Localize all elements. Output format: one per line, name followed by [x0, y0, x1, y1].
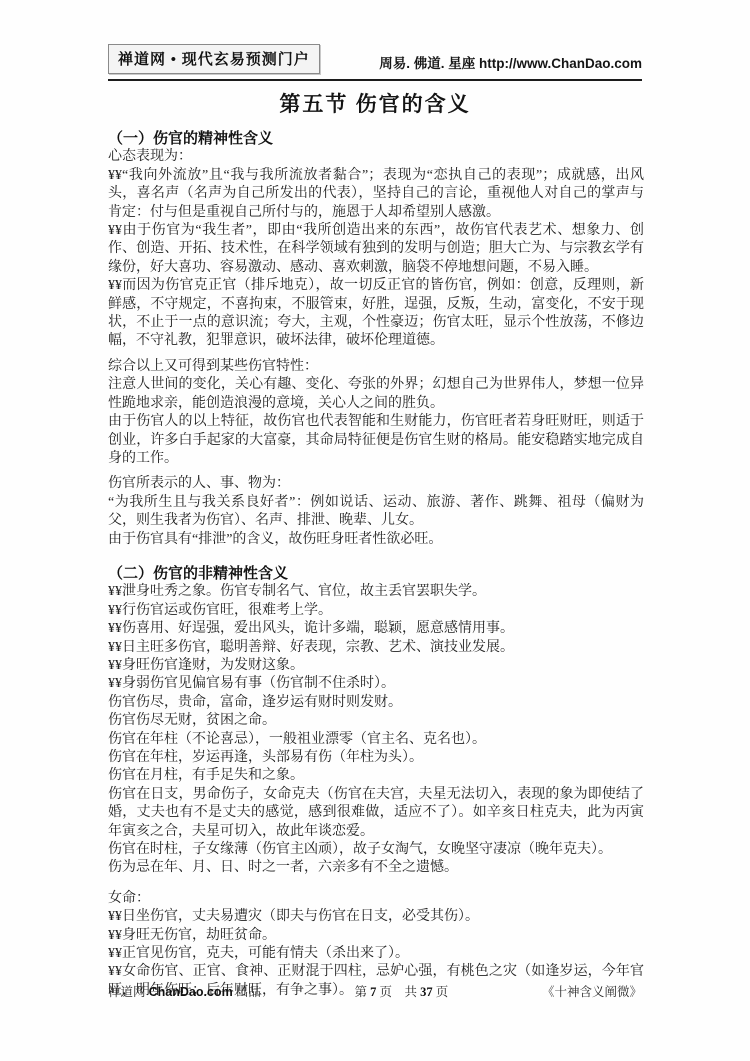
paragraph: 伤官伤尽，贵命，富命，逢岁运有财时则发财。 — [108, 694, 644, 712]
paragraph: 女命： — [108, 890, 644, 908]
footer-publisher-prefix: 禅道网 — [108, 985, 149, 999]
paragraph: ¥¥“我向外流放”且“我与我所流放者黏合”；表现为“恋执自己的表现”；成就感，出… — [108, 167, 644, 222]
paragraph: ¥¥身弱伤官见偏官易有事（伤官制不住杀时）。 — [108, 675, 644, 693]
paragraph: ¥¥身旺无伤官，劫旺贫命。 — [108, 927, 644, 945]
paragraph: ¥¥日主旺多伤官，聪明善辩、好表现，宗教、艺术、演技业发展。 — [108, 639, 644, 657]
footer-page-indicator: 第 7 页 共 37 页 — [355, 982, 449, 1000]
paragraph: 伤官在月柱，有手足失和之象。 — [108, 767, 644, 785]
footer-publisher: 禅道网 ChanDao.com 出品 — [108, 982, 261, 1000]
header-tagline: 周易. 佛道. 星座 http://www.ChanDao.com — [379, 52, 642, 74]
footer-page-suffix-label: 页 — [433, 985, 449, 999]
document-page: 禅道网 • 现代玄易预测门户 周易. 佛道. 星座 http://www.Cha… — [0, 0, 750, 1061]
paragraph: 伤为忌在年、月、日、时之一者，六亲多有不全之遗憾。 — [108, 859, 644, 877]
paragraph: 综合以上又可得到某些伤官特性： — [108, 358, 644, 376]
page-header: 禅道网 • 现代玄易预测门户 周易. 佛道. 星座 http://www.Cha… — [108, 44, 642, 81]
section-heading: （一）伤官的精神性含义 — [108, 130, 644, 148]
footer-page-total: 37 — [420, 985, 433, 999]
paragraph: 伤官所表示的人、事、物为： — [108, 475, 644, 493]
paragraph: 伤官在年柱（不论喜忌），一般祖业漂零（官主名、克名也）。 — [108, 731, 644, 749]
footer-brand: ChanDao.com — [149, 985, 233, 999]
site-badge: 禅道网 • 现代玄易预测门户 — [108, 44, 320, 74]
paragraph: ¥¥而因为伤官克正官（排斥地克），故一切反正官的皆伤官，例如：创意，反理则，新鲜… — [108, 277, 644, 351]
section-heading: （二）伤官的非精神性含义 — [108, 565, 644, 583]
document-body: （一）伤官的精神性含义心态表现为：¥¥“我向外流放”且“我与我所流放者黏合”；表… — [108, 130, 644, 1000]
paragraph: 伤官在时柱，子女缘薄（伤官主凶顽），故子女淘气，女晚坚守凄凉（晚年克夫）。 — [108, 841, 644, 859]
paragraph: 由于伤官具有“排泄”的含义，故伤旺身旺者性欲必旺。 — [108, 531, 644, 549]
footer-page-mid-label: 页 共 — [376, 985, 420, 999]
paragraph: 伤官在日支，男命伤子，女命克夫（伤官在夫宫，夫星无法切入，表现的象为即使结了婚，… — [108, 786, 644, 841]
paragraph: ¥¥伤喜用、好逞强，爱出风头，诡计多端，聪颖，愿意感情用事。 — [108, 620, 644, 638]
page-footer: 禅道网 ChanDao.com 出品 第 7 页 共 37 页 《十神含义阐微》 — [108, 982, 642, 1000]
paragraph: ¥¥由于伤官为“我生者”，即由“我所创造出来的东西”，故伤官代表艺术、想象力、创… — [108, 222, 644, 277]
paragraph: “为我所生且与我关系良好者”：例如说话、运动、旅游、著作、跳舞、祖母（偏财为父，… — [108, 494, 644, 531]
paragraph: ¥¥行伤官运或伤官旺，很难考上学。 — [108, 602, 644, 620]
paragraph: 由于伤官人的以上特征，故伤官也代表智能和生财能力，伤官旺者若身旺财旺，则适于创业… — [108, 413, 644, 468]
footer-page-label: 第 — [355, 985, 371, 999]
paragraph: 伤官伤尽无财，贫困之命。 — [108, 712, 644, 730]
paragraph: 心态表现为： — [108, 148, 644, 166]
paragraph: ¥¥正官见伤官，克夫，可能有情夫（杀出来了）。 — [108, 945, 644, 963]
paragraph: 注意人世间的变化，关心有趣、变化、夸张的外界；幻想自己为世界伟人，梦想一位异性跪… — [108, 376, 644, 413]
page-title: 第五节 伤官的含义 — [0, 88, 750, 118]
paragraph: ¥¥日坐伤官，丈夫易遭灾（即夫与伤官在日支，必受其伤）。 — [108, 908, 644, 926]
footer-publisher-suffix: 出品 — [233, 985, 261, 999]
footer-book-title: 《十神含义阐微》 — [542, 982, 642, 1000]
paragraph: 伤官在年柱，岁运再逢，头部易有伤（年柱为头）。 — [108, 749, 644, 767]
paragraph: ¥¥身旺伤官逢财，为发财这象。 — [108, 657, 644, 675]
paragraph: ¥¥泄身吐秀之象。伤官专制名气、官位，故主丢官罢职失学。 — [108, 583, 644, 601]
